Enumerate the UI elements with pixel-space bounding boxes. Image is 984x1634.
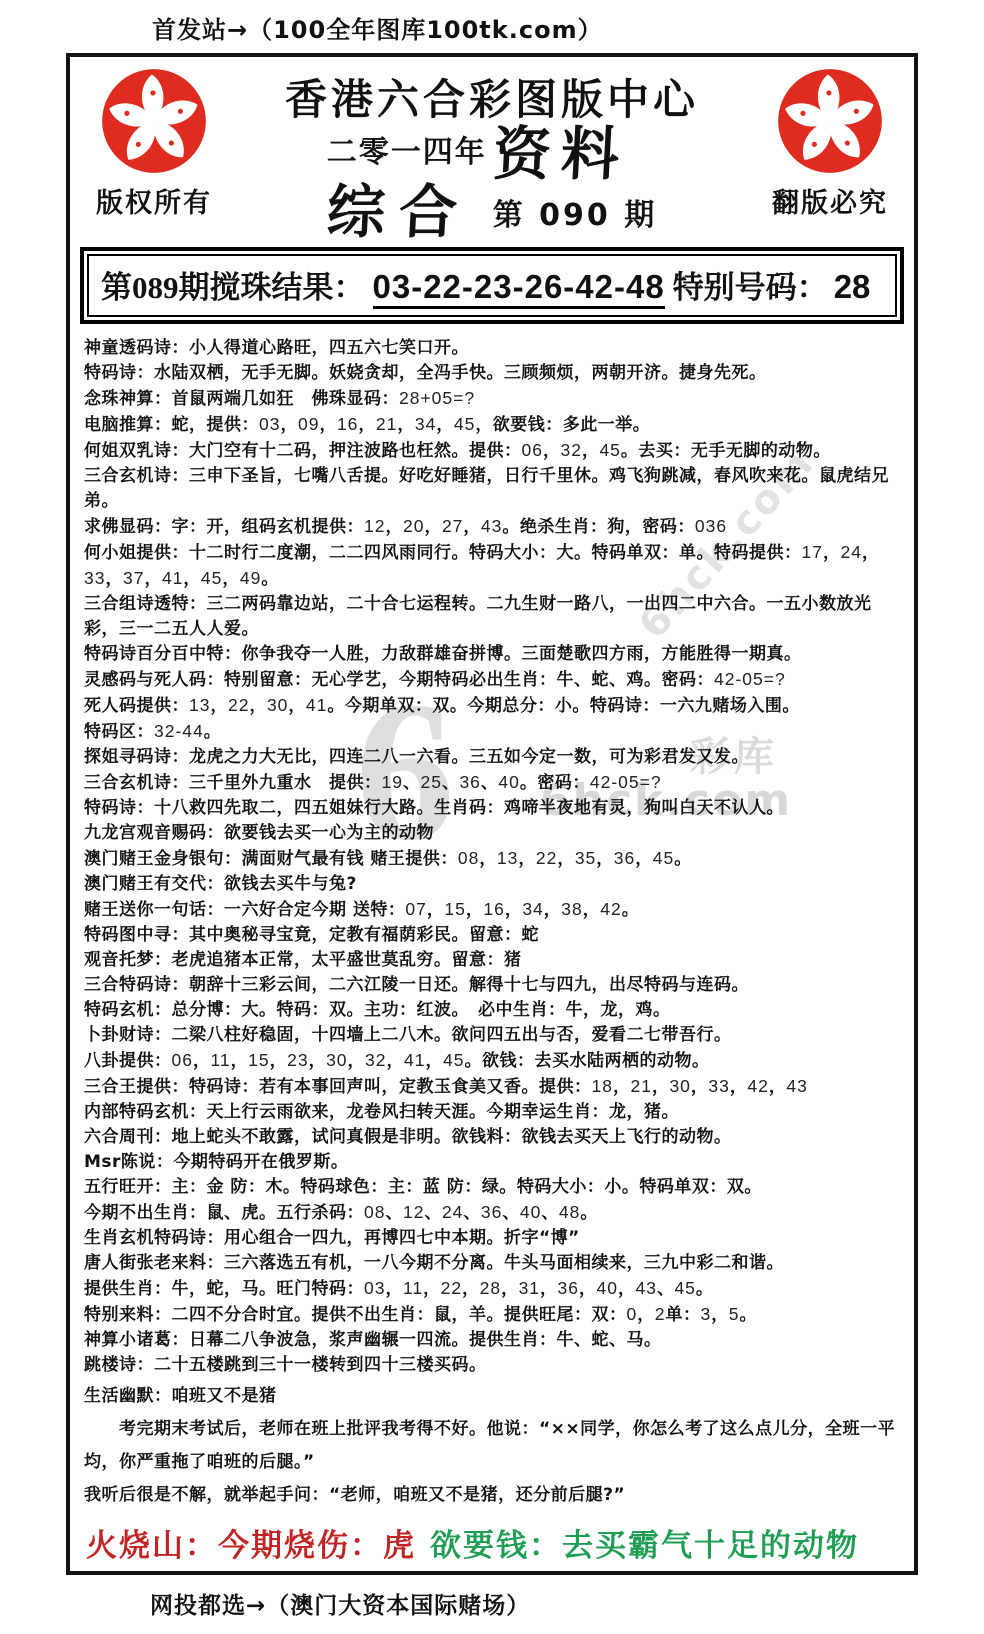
text-line: 电脑推算：蛇，提供：03，09，16，21，34，45，欲要钱：多此一举。 <box>84 412 900 438</box>
text-line: 我听后很是不解，就举起手问：“老师，咱班又不是猪，还分前后腿?” <box>84 1479 900 1512</box>
text-line: 求佛显码：字：开，组码玄机提供：12，20，27，43。绝杀生肖：狗，密码：03… <box>84 514 900 540</box>
text-line: Msr陈说：今期特码开在俄罗斯。 <box>84 1150 900 1175</box>
text-line: 赌王送你一句话：一六好合定今期 送特：07，15，16，34，38，42。 <box>84 897 900 923</box>
text-line: 特码诗：水陆双栖，无手无脚。妖娆贪却，全冯手快。三顾频烦，两朝开济。捷身先死。 <box>84 361 900 386</box>
text-line: 内部特码玄机：天上行云雨欲来，龙卷风扫转天涯。今期幸运生肖：龙，猪。 <box>84 1100 900 1125</box>
text-line: 三合特码诗：朝辞十三彩云间，二六江陵一日还。解得十七与四九，出尽特码与连码。 <box>84 973 900 998</box>
draw-result-label: 第089期搅珠结果： <box>101 262 365 307</box>
text-line: 澳门赌王金身银句：满面财气最有钱 赌王提供：08，13，22，35，36，45。 <box>84 846 900 872</box>
text-line: 生肖玄机特码诗：用心组合一四九，再博四七中本期。折字“博” <box>84 1226 900 1251</box>
anti-piracy-stamp: 翻版必究 <box>772 181 888 220</box>
issue-number: 第 090 期 <box>493 190 658 234</box>
lottery-sheet: 6 彩库 6hck.com 6hck.com <box>66 53 918 1575</box>
bauhinia-flag-icon-right <box>776 67 884 175</box>
text-line: 卜卦财诗：二梁八柱好稳固，十四墙上二八木。欲问四五出与否，爱看二七带吾行。 <box>84 1023 900 1048</box>
text-line: 特别来料：二四不分合时宜。提供不出生肖：鼠，羊。提供旺尾：双：0，2单：3，5。 <box>84 1302 900 1328</box>
text-line: 生活幽默：咱班又不是猪 <box>84 1380 900 1413</box>
text-line: 九龙宫观音赐码：欲要钱去买一心为主的动物 <box>84 821 900 846</box>
text-line: 灵感码与死人码：特别留意：无心学艺，今期特码必出生肖：牛、蛇、鸡。密码：42-0… <box>84 667 900 693</box>
draw-result-row: 第089期搅珠结果： 03-22-23-26-42-48 特别号码： 28 <box>87 254 897 317</box>
text-line: 特码诗：十八救四先取二，四五姐妹行大路。生肖码：鸡啼半夜地有灵，狗叫白天不认人。 <box>84 796 900 821</box>
big-title-left: 综合 <box>325 183 488 241</box>
text-line: 何姐双乳诗：大门空有十二码，押注波路也枉然。提供：06，32，45。去买：无手无… <box>84 438 900 464</box>
text-line: 特码诗百分百中特：你争我夺一人胜，力敌群雄奋拼博。三面楚歌四方雨，方能胜得一期真… <box>84 642 900 667</box>
bauhinia-flag-icon-left <box>100 67 208 175</box>
text-line: 念珠神算：首鼠两端几如狂 佛珠显码：28+05=? <box>84 386 900 412</box>
text-line: 六合周刊：地上蛇头不敢露，试问真假是非明。欲钱料：欲钱去买天上飞行的动物。 <box>84 1125 900 1150</box>
sheet-title: 香港六合彩图版中心 <box>285 67 699 127</box>
special-number-label: 特别号码： <box>673 262 828 307</box>
draw-result-numbers: 03-22-23-26-42-48 <box>373 268 665 309</box>
header-right-column: 翻版必究 <box>760 67 900 220</box>
text-line: 今期不出生肖：鼠、虎。五行杀码：08、12、24、36、40、48。 <box>84 1200 900 1226</box>
text-line: 神算小诸葛：日幕二八争波急，浆声幽辗一四流。提供生肖：牛、蛇、马。 <box>84 1328 900 1353</box>
text-line: 三合组诗透特：三二两码靠边站，二十合七运程转。二九生财一路八，一出四二中六合。一… <box>84 592 900 642</box>
bottom-banner: 火烧山：今期烧伤：虎 欲要钱：去买霸气十足的动物 <box>80 1520 904 1565</box>
sheet-header: 版权所有 香港六合彩图版中心 二零一四年 资料 综合 第 090 期 <box>70 57 914 243</box>
sheet-subtitle-block: 二零一四年 资料 综合 第 090 期 <box>327 125 658 241</box>
copyright-stamp: 版权所有 <box>96 181 212 220</box>
text-line: 特码玄机：总分博：大。特码：双。主功：红波。 必中生肖：牛，龙，鸡。 <box>84 998 900 1023</box>
text-line: 五行旺开：主：金 防：木。特码球色：主：蓝 防：绿。特码大小：小。特码单双：双。 <box>84 1175 900 1200</box>
text-line: 三合玄机诗：三千里外九重水 提供：19、25、36、40。密码：42-05=? <box>84 770 900 796</box>
text-line: 何小姐提供：十二时行二度潮，二二四风雨同行。特码大小：大。特码单双：单。特码提供… <box>84 540 900 592</box>
header-title-block: 香港六合彩图版中心 二零一四年 资料 综合 第 090 期 <box>224 67 760 241</box>
text-line: 神童透码诗：小人得道心路旺，四五六七笑口开。 <box>84 336 900 361</box>
text-line: 特码区：32-44。 <box>84 719 900 745</box>
text-line: 八卦提供：06，11，15，23，30，32，41，45。欲钱：去买水陆两栖的动… <box>84 1048 900 1074</box>
tip-lines: 神童透码诗：小人得道心路旺，四五六七笑口开。特码诗：水陆双栖，无手无脚。妖娆贪却… <box>70 330 914 1378</box>
first-release-site-note: 首发站→（100全年图库100tk.com） <box>0 0 984 51</box>
header-left-column: 版权所有 <box>84 67 224 220</box>
text-line: 澳门赌王有交代：欲钱去买牛与兔? <box>84 872 900 897</box>
text-line: 探姐寻码诗：龙虎之力大无比，四连二八一六看。三五如今定一数，可为彩君发又发。 <box>84 745 900 770</box>
humor-section: 生活幽默：咱班又不是猪 考完期末考试后，老师在班上批评我考得不好。他说：“××同… <box>70 1378 914 1512</box>
year-label: 二零一四年 <box>327 127 487 171</box>
text-line: 唐人街张老来料：三六落选五有机，一八今期不分离。牛头马面相续来，三九中彩二和谐。 <box>84 1251 900 1276</box>
text-line: 三合王提供：特码诗：若有本事回声叫，定教玉食美又香。提供：18，21，30，33… <box>84 1074 900 1100</box>
banner-red-text: 火烧山：今期烧伤：虎 <box>86 1520 416 1565</box>
betting-site-note: 网投都选→（澳门大资本国际赌场） <box>0 1575 984 1634</box>
text-line: 死人码提供：13，22，30，41。今期单双：双。今期总分：小。特码诗：一六九赌… <box>84 693 900 719</box>
special-number-value: 28 <box>834 268 871 306</box>
banner-green-text: 欲要钱：去买霸气十足的动物 <box>430 1520 859 1565</box>
text-line: 三合玄机诗：三申下圣旨，七嘴八舌提。好吃好睡猪，日行千里休。鸡飞狗跳减，春风吹来… <box>84 464 900 514</box>
text-line: 特码图中寻：其中奥秘寻宝竟，定教有福荫彩民。留意：蛇 <box>84 923 900 948</box>
text-line: 观音托梦：老虎追猪本正常，太平盛世莫乱穷。留意：猪 <box>84 948 900 973</box>
text-line: 提供生肖：牛，蛇，马。旺门特码：03，11，22，28，31，36，40，43、… <box>84 1276 900 1302</box>
big-title-right: 资料 <box>491 125 659 183</box>
draw-result-box: 第089期搅珠结果： 03-22-23-26-42-48 特别号码： 28 <box>80 247 904 324</box>
text-line: 跳楼诗：二十五楼跳到三十一楼转到四十三楼买码。 <box>84 1353 900 1378</box>
text-line: 考完期末考试后，老师在班上批评我考得不好。他说：“××同学，你怎么考了这么点儿分… <box>84 1413 900 1479</box>
